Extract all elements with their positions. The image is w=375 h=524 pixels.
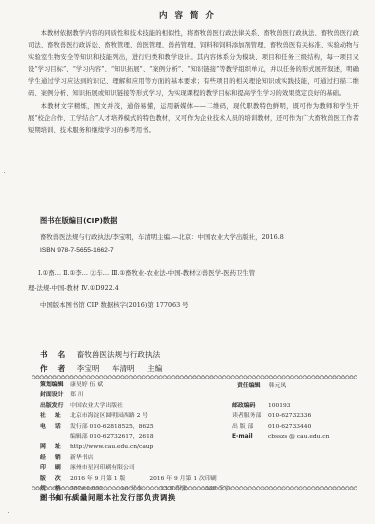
cip-classification-2: 理-法规-中国-教材 Ⅳ.①D922.4 xyxy=(28,283,119,292)
book-author-label: 作者 xyxy=(40,363,74,374)
decorative-divider-bottom xyxy=(32,486,357,490)
intro-title: 内 容 简 介 xyxy=(0,9,375,21)
meta-row-printer: 印刷涿州市星河印刷有限公司 xyxy=(40,463,230,473)
email-address: cbsszs @ cau.edu.cn xyxy=(268,434,329,440)
meta-row-website: 网址http://www.cau.edu.cn/caup xyxy=(40,442,230,452)
cip-heading: 图书在版编目(CIP)数据 xyxy=(40,216,117,226)
meta-row-publishing-dept: 出 版 部010-62733440 xyxy=(232,422,329,432)
cip-record: 中国版本图书馆 CIP 数据核字(2016)第 177063 号 xyxy=(40,300,189,309)
cip-citation: 畜牧兽医法规与行政执法/李宝明，车清明主编.—北京：中国农业大学出版社，2016… xyxy=(40,232,284,241)
meta-row-publisher: 出版发行中国农业大学出版社 xyxy=(40,401,230,411)
meta-row-cover-design: 封面设计郑 川 xyxy=(40,390,230,400)
meta-row-email: E-mailcbsszs @ cau.edu.cn xyxy=(232,432,329,442)
book-title-row: 书名 畜牧兽医法规与行政执法 xyxy=(40,349,160,360)
meta-row-phone: 电话发行部 010-62818525，8625 xyxy=(40,422,230,432)
book-title-label: 书名 xyxy=(40,349,74,360)
quality-notice: 图书如有质量问题本社发行部负责调换 xyxy=(40,492,176,503)
book-title-value: 畜牧兽医法规与行政执法 xyxy=(77,350,161,359)
book-author-row: 作者 李宝明 车清明 主编 xyxy=(40,363,172,374)
meta-row-reader-service: 读者服务部010-62732336 xyxy=(232,411,329,421)
intro-body: 本教材依据教学内容的同质性和技术技能的相似性，将畜牧兽医行政法律关系、畜牧兽医行… xyxy=(28,28,359,137)
copyright-page: 内 容 简 介 本教材依据教学内容的同质性和技术技能的相似性，将畜牧兽医行政法律… xyxy=(0,0,375,524)
author-2: 车清明 xyxy=(112,364,135,373)
publication-meta-right: 邮政编码100193 读者服务部010-62732336 出 版 部010-62… xyxy=(232,401,329,443)
intro-paragraph-1: 本教材依据教学内容的同质性和技术技能的相似性，将畜牧兽医行政法律关系、畜牧兽医行… xyxy=(28,28,359,101)
cip-classification-1: Ⅰ.①畜… Ⅱ.①李… ②车… Ⅲ.①畜牧业-农业法-中国-教材②兽医学-医药卫… xyxy=(38,268,255,277)
author-role: 主编 xyxy=(147,364,162,373)
responsible-editor: 责任编辑韩元凤 xyxy=(237,380,286,389)
meta-row-distributor: 经销新华书店 xyxy=(40,453,230,463)
website-link: http://www.cau.edu.cn/caup xyxy=(70,442,153,452)
meta-row-planning-editor: 策划编辑康昊婷 伍 斌 xyxy=(40,380,230,390)
book-authors: 李宝明 车清明 主编 xyxy=(77,364,173,373)
cip-isbn: ISBN 978-7-5655-1662-7 xyxy=(40,247,114,254)
scan-speck xyxy=(4,172,5,173)
meta-row-address: 社址北京市海淀区圆明园西路 2 号 xyxy=(40,411,230,421)
meta-row-phone-editorial: 编辑部 010-62732617，2618 xyxy=(40,432,230,442)
meta-row-edition: 版次2016 年 9 月第 1 版2016 年 9 月第 1 次印刷 xyxy=(40,474,230,484)
intro-paragraph-2: 本教材文字精炼，图文并茂，通俗易懂，运用新媒体——二维码，现代职教特色鲜明，既可… xyxy=(28,101,359,137)
decorative-divider-top xyxy=(32,375,357,379)
meta-row-postcode: 邮政编码100193 xyxy=(232,401,329,411)
author-1: 李宝明 xyxy=(77,364,100,373)
scan-speck xyxy=(8,512,9,513)
